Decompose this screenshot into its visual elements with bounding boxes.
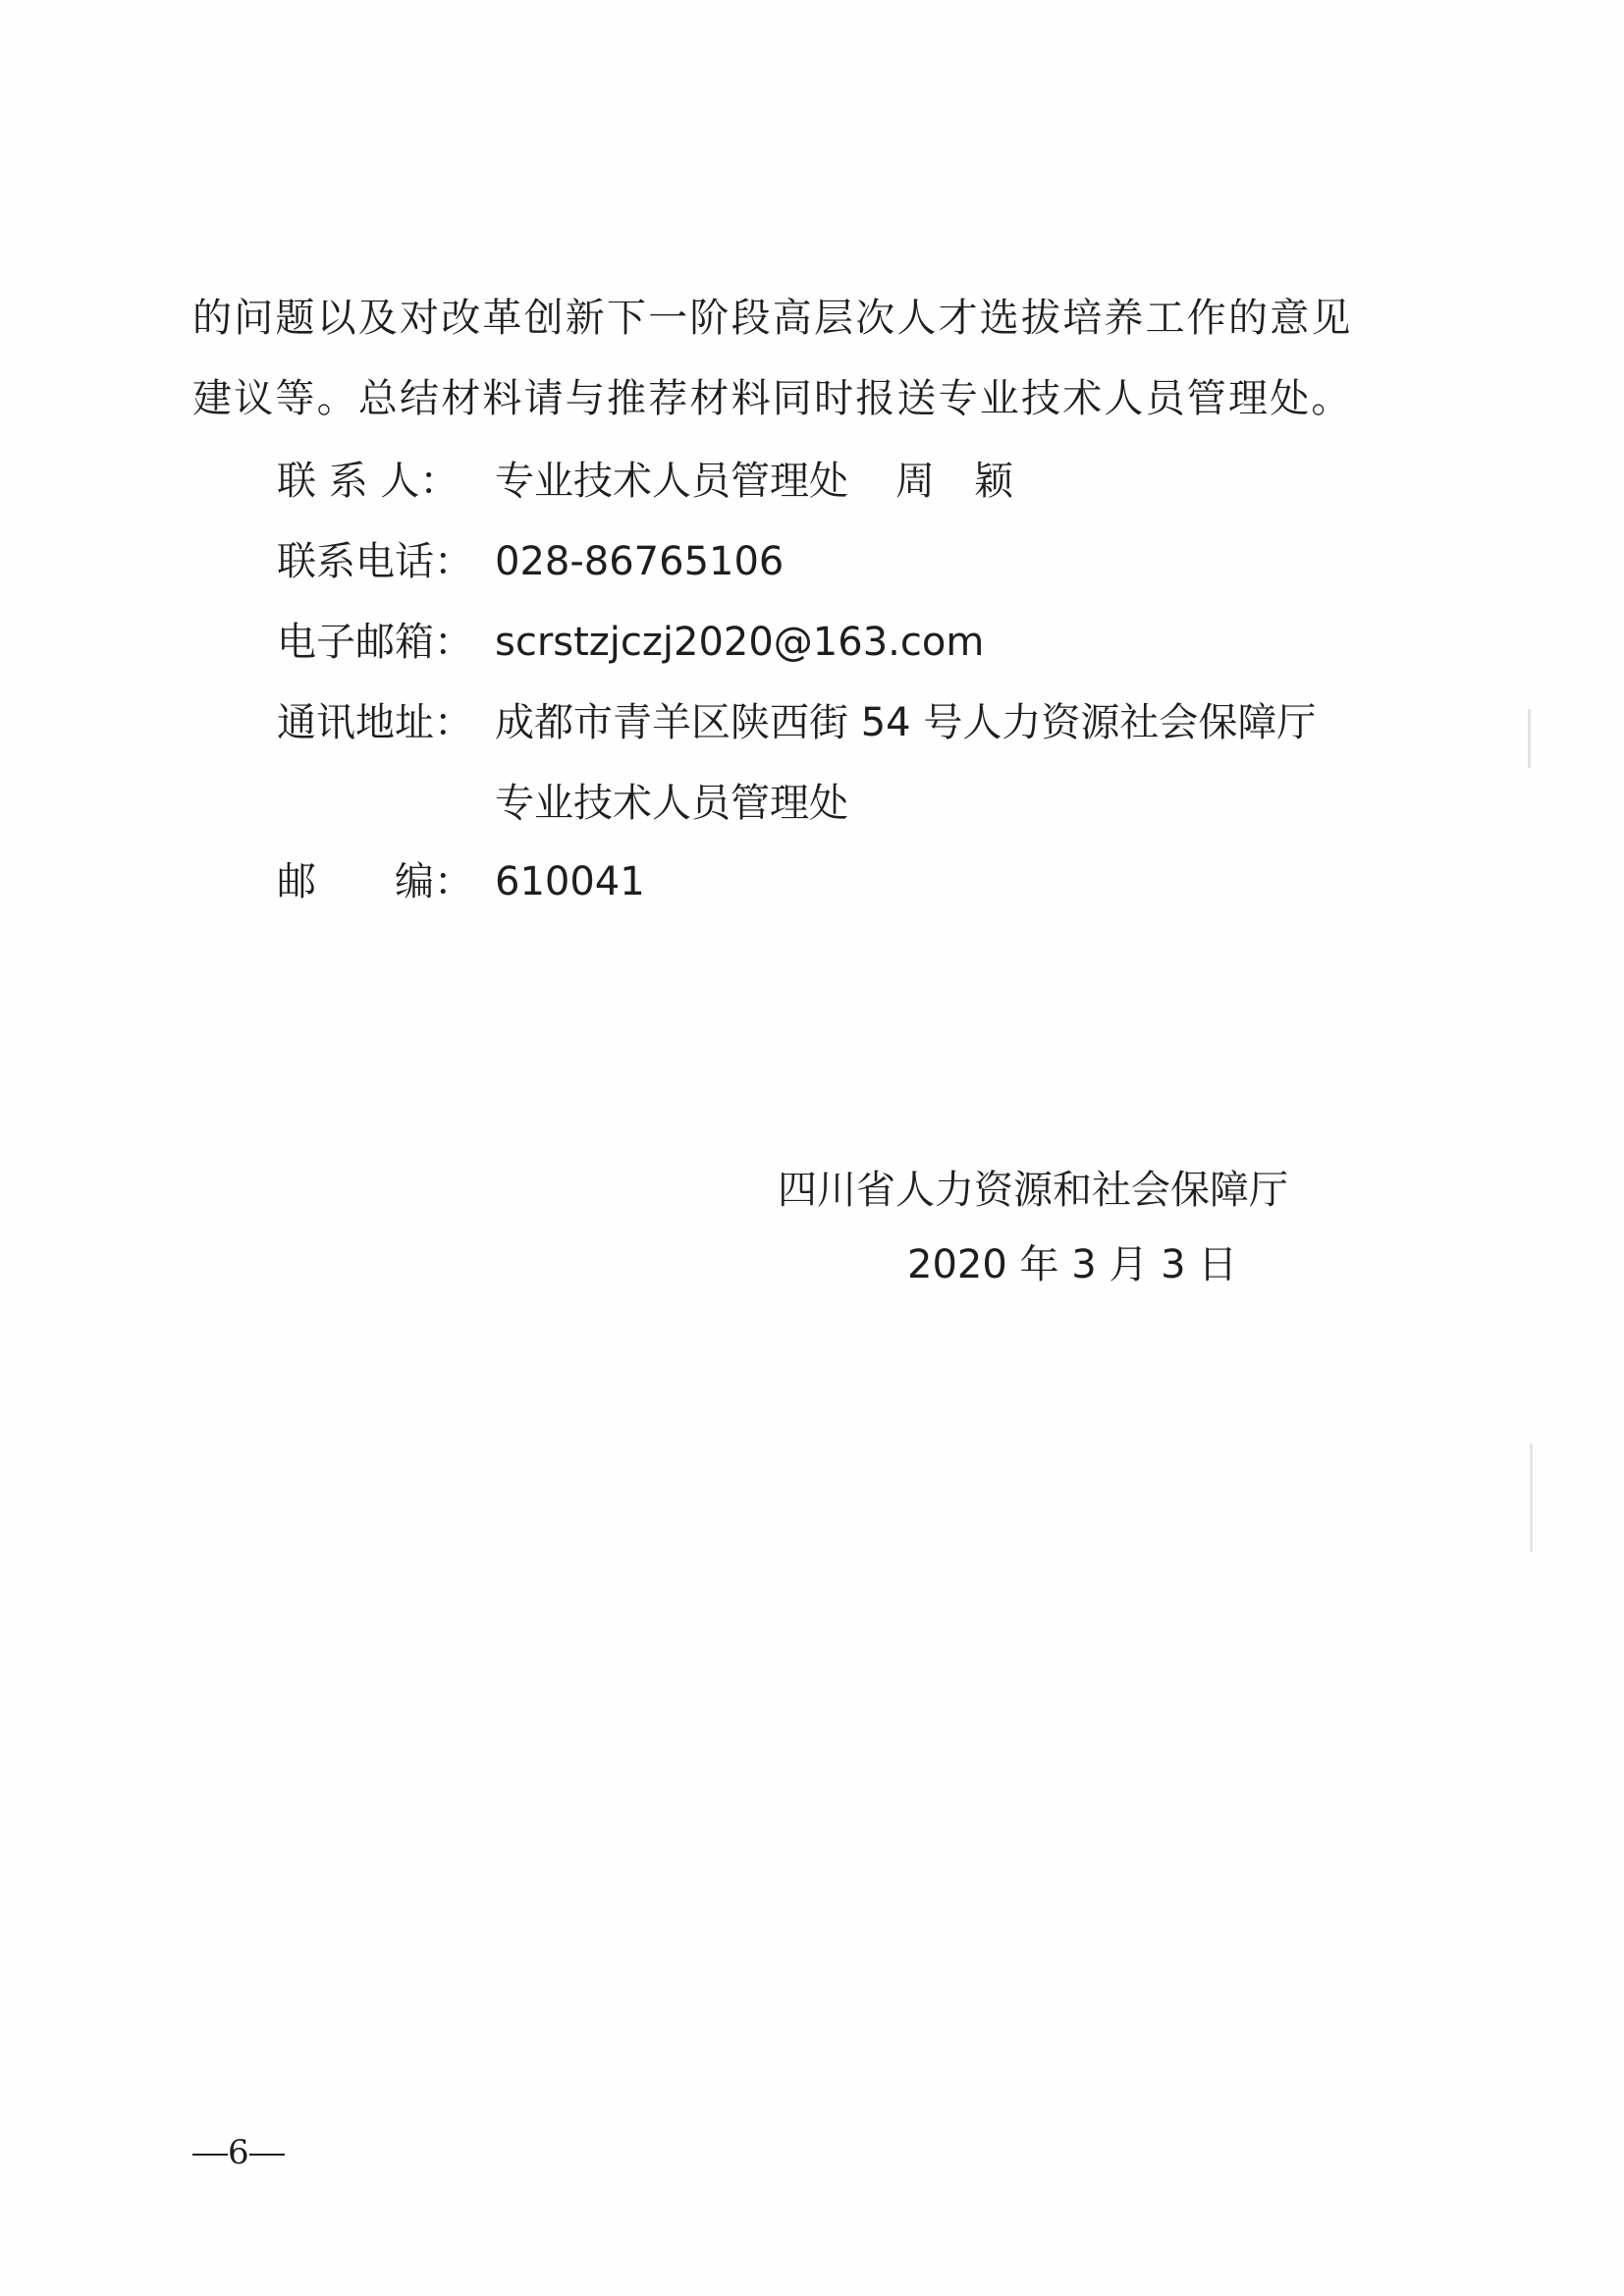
contact-postcode-label: 邮 编： <box>277 858 495 905</box>
contact-phone-label: 联系电话： <box>277 538 495 585</box>
scan-artifact <box>1530 1444 1533 1552</box>
signature-organization: 四川省人力资源和社会保障厅 <box>778 1167 1288 1214</box>
contact-address-row-2: 专业技术人员管理处 <box>495 780 848 827</box>
contact-address-line-1: 成都市青羊区陕西街 54 号人力资源社会保障厅 <box>495 699 1316 746</box>
contact-phone-value: 028-86765106 <box>495 538 784 585</box>
contact-person-name: 周 颖 <box>895 458 1013 505</box>
contact-address-label: 通讯地址： <box>277 699 495 746</box>
spacer <box>848 458 895 505</box>
contact-person-department: 专业技术人员管理处 <box>495 458 848 505</box>
dash-right <box>249 2154 285 2156</box>
page-number: 6 <box>192 2133 285 2172</box>
body-text-line-2: 建议等。总结材料请与推荐材料同时报送专业技术人员管理处。 <box>192 375 1353 422</box>
contact-email-value: scrstzjczj2020@163.com <box>495 619 984 666</box>
contact-address-row: 通讯地址： 成都市青羊区陕西街 54 号人力资源社会保障厅 <box>277 699 1316 746</box>
contact-postcode-value: 610041 <box>495 858 645 905</box>
body-text-line-1: 的问题以及对改革创新下一阶段高层次人才选拔培养工作的意见 <box>192 295 1353 342</box>
scan-artifact <box>1528 709 1531 768</box>
document-page: 的问题以及对改革创新下一阶段高层次人才选拔培养工作的意见 建议等。总结材料请与推… <box>0 0 1624 2296</box>
signature-date: 2020 年 3 月 3 日 <box>907 1241 1237 1288</box>
contact-person-row: 联 系 人： 专业技术人员管理处 周 颖 <box>277 458 1013 505</box>
contact-phone-row: 联系电话： 028-86765106 <box>277 538 784 585</box>
contact-email-row: 电子邮箱： scrstzjczj2020@163.com <box>277 619 984 666</box>
contact-address-line-2: 专业技术人员管理处 <box>495 780 848 827</box>
contact-person-label: 联 系 人： <box>277 458 495 505</box>
page-number-value: 6 <box>228 2133 249 2172</box>
contact-email-label: 电子邮箱： <box>277 619 495 666</box>
dash-left <box>192 2154 228 2156</box>
contact-postcode-row: 邮 编： 610041 <box>277 858 645 905</box>
